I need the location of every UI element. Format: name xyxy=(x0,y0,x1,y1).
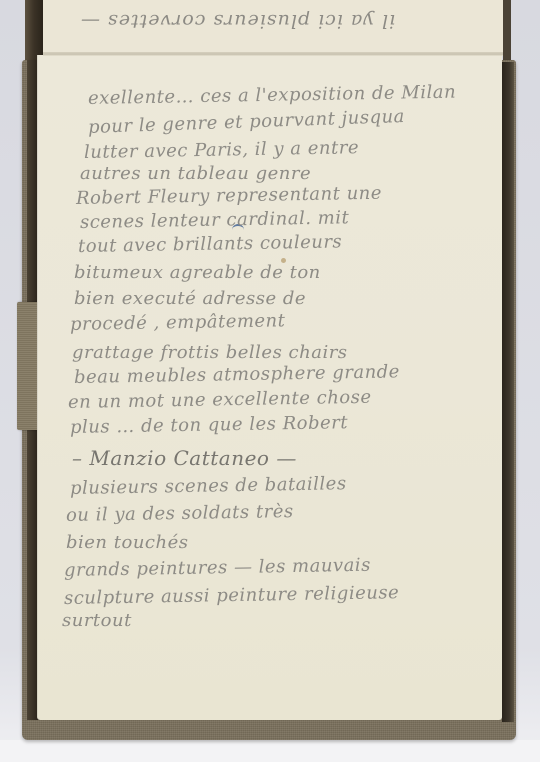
hw-line-8: bitumeux agreable de ton xyxy=(74,262,321,283)
hw-line-21: surtout xyxy=(62,610,132,631)
cover-spine-upper xyxy=(25,0,43,62)
cloth-strap xyxy=(17,302,39,430)
hw-line-4: autres un tableau genre xyxy=(80,163,311,184)
cover-edge-upper xyxy=(503,0,511,62)
hw-line-9: bien executé adresse de xyxy=(74,288,306,309)
hw-line-17: ou il ya des soldats très xyxy=(66,501,294,526)
hw-line-15: – Manzio Cattaneo — xyxy=(72,446,297,470)
page-fold xyxy=(43,52,503,56)
hw-line-11: grattage frottis belles chairs xyxy=(72,342,348,363)
hw-line-18: bien touchés xyxy=(66,532,188,553)
hw-line-10: procedé , empâtement xyxy=(70,310,286,335)
background-bottom xyxy=(0,740,540,762)
cover-edge-right xyxy=(502,62,514,722)
previous-page-inverted-text: il ya ici plusieurs corvettes — xyxy=(80,2,500,32)
